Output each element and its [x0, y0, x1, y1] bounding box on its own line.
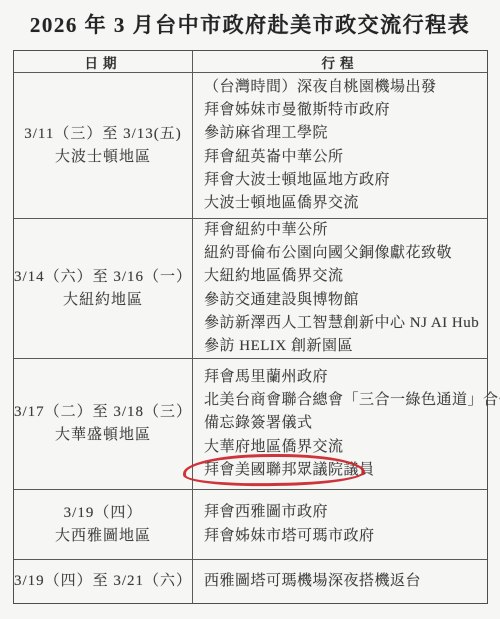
scanned-document-page: 2026 年 3 月台中市政府赴美市政交流行程表 日期 行程 3/11（三）至 … — [0, 0, 500, 619]
itinerary-item: 拜會馬里蘭州政府 — [204, 366, 500, 389]
itinerary-item: 拜會西雅圖市政府 — [204, 501, 487, 524]
itinerary-cell: 拜會馬里蘭州政府 北美台商會聯合總會「三合一綠色通道」合作 備忘錄簽署儀式 大華… — [193, 359, 500, 489]
table-row-new-york: 3/14（六）至 3/16（一） 大紐約地區 拜會紐約中華公所 紐約哥倫布公園向… — [14, 218, 487, 358]
itinerary-item: 拜會姊妹市曼徹斯特市政府 — [204, 99, 487, 122]
itinerary-item: 大華府地區僑界交流 — [204, 436, 500, 459]
itinerary-item: 西雅圖塔可瑪機場深夜搭機返台 — [204, 570, 487, 593]
date-cell: 3/11（三）至 3/13(五) 大波士頓地區 — [14, 73, 193, 218]
table-row-washington: 3/17（二）至 3/18（三） 大華盛頓地區 拜會馬里蘭州政府 北美台商會聯合… — [14, 358, 487, 489]
itinerary-item: 大紐約地區僑界交流 — [204, 265, 487, 288]
itinerary-cell: 拜會紐約中華公所 紐約哥倫布公園向國父銅像獻花致敬 大紐約地區僑界交流 參訪交通… — [193, 219, 487, 358]
date-cell: 3/19（四）至 3/21（六） — [14, 560, 193, 603]
date-cell: 3/19（四） 大西雅圖地區 — [14, 490, 193, 559]
itinerary-item: （台灣時間）深夜自桃園機場出發 — [204, 76, 487, 99]
date-range: 3/11（三）至 3/13(五) — [24, 123, 182, 146]
date-cell: 3/14（六）至 3/16（一） 大紐約地區 — [14, 219, 193, 358]
table-header-row: 日期 行程 — [14, 51, 487, 72]
itinerary-item: 大波士頓地區僑界交流 — [204, 192, 487, 215]
date-range: 3/19（四）至 3/21（六） — [14, 570, 192, 593]
document-title: 2026 年 3 月台中市政府赴美市政交流行程表 — [0, 9, 500, 39]
itinerary-item: 拜會姊妹市塔可瑪市政府 — [204, 525, 487, 548]
itinerary-cell: （台灣時間）深夜自桃園機場出發 拜會姊妹市曼徹斯特市政府 參訪麻省理工學院 拜會… — [193, 73, 487, 218]
region-label: 大紐約地區 — [63, 289, 143, 312]
itinerary-item: 拜會紐英崙中華公所 — [204, 146, 487, 169]
table-row-return: 3/19（四）至 3/21（六） 西雅圖塔可瑪機場深夜搭機返台 — [14, 559, 487, 603]
date-range: 3/14（六）至 3/16（一） — [14, 266, 192, 289]
date-column-header: 日期 — [85, 52, 122, 72]
itinerary-item-highlighted: 拜會美國聯邦眾議院議員 — [204, 459, 500, 482]
itinerary-item: 參訪麻省理工學院 — [204, 122, 487, 145]
itinerary-cell: 拜會西雅圖市政府 拜會姊妹市塔可瑪市政府 — [193, 490, 487, 559]
schedule-table: 日期 行程 3/11（三）至 3/13(五) 大波士頓地區 （台灣時間）深夜自桃… — [13, 50, 488, 604]
date-cell: 3/17（二）至 3/18（三） 大華盛頓地區 — [14, 359, 193, 489]
date-range: 3/17（二）至 3/18（三） — [14, 401, 192, 424]
region-label: 大華盛頓地區 — [55, 424, 151, 447]
table-row-seattle: 3/19（四） 大西雅圖地區 拜會西雅圖市政府 拜會姊妹市塔可瑪市政府 — [14, 489, 487, 559]
itinerary-item: 備忘錄簽署儀式 — [204, 412, 500, 435]
itinerary-item: 紐約哥倫布公園向國父銅像獻花致敬 — [204, 242, 487, 265]
date-column-header-cell: 日期 — [14, 51, 193, 72]
itinerary-item: 拜會紐約中華公所 — [204, 219, 487, 242]
itinerary-item: 參訪新澤西人工智慧創新中心 NJ AI Hub — [204, 312, 487, 335]
itinerary-cell: 西雅圖塔可瑪機場深夜搭機返台 — [193, 560, 487, 603]
table-row-boston: 3/11（三）至 3/13(五) 大波士頓地區 （台灣時間）深夜自桃園機場出發 … — [14, 72, 487, 218]
itinerary-column-header: 行程 — [322, 52, 359, 72]
itinerary-column-header-cell: 行程 — [193, 51, 487, 72]
date-range: 3/19（四） — [64, 502, 143, 525]
region-label: 大波士頓地區 — [55, 146, 151, 169]
itinerary-item: 北美台商會聯合總會「三合一綠色通道」合作 — [204, 389, 500, 412]
itinerary-item: 參訪 HELIX 創新園區 — [204, 335, 487, 358]
itinerary-item: 參訪交通建設與博物館 — [204, 289, 487, 312]
region-label: 大西雅圖地區 — [55, 525, 151, 548]
itinerary-item: 拜會大波士頓地區地方政府 — [204, 169, 487, 192]
